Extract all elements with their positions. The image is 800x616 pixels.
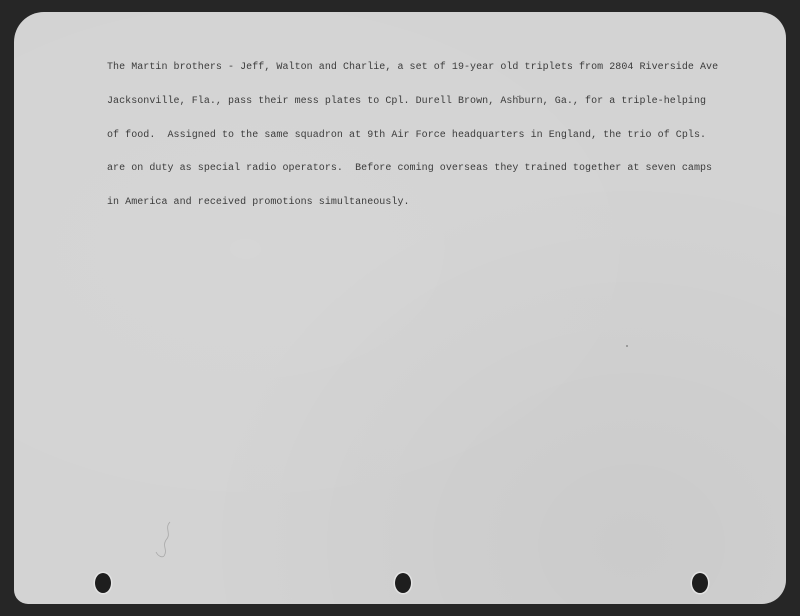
caption-line: Jacksonville, Fla., pass their mess plat…: [107, 96, 747, 107]
punch-hole: [692, 573, 708, 593]
punch-hole: [395, 573, 411, 593]
caption-line: are on duty as special radio operators. …: [107, 163, 747, 174]
caption-line: of food. Assigned to the same squadron a…: [107, 130, 747, 141]
ink-speck: [517, 96, 520, 97]
pencil-mark-icon: [150, 520, 180, 560]
punch-hole: [95, 573, 111, 593]
ink-speck: [626, 345, 628, 347]
caption-text: The Martin brothers - Jeff, Walton and C…: [107, 40, 747, 230]
caption-line: The Martin brothers - Jeff, Walton and C…: [107, 62, 747, 73]
caption-line: in America and received promotions simul…: [107, 197, 747, 208]
scanned-document: The Martin brothers - Jeff, Walton and C…: [0, 0, 800, 616]
